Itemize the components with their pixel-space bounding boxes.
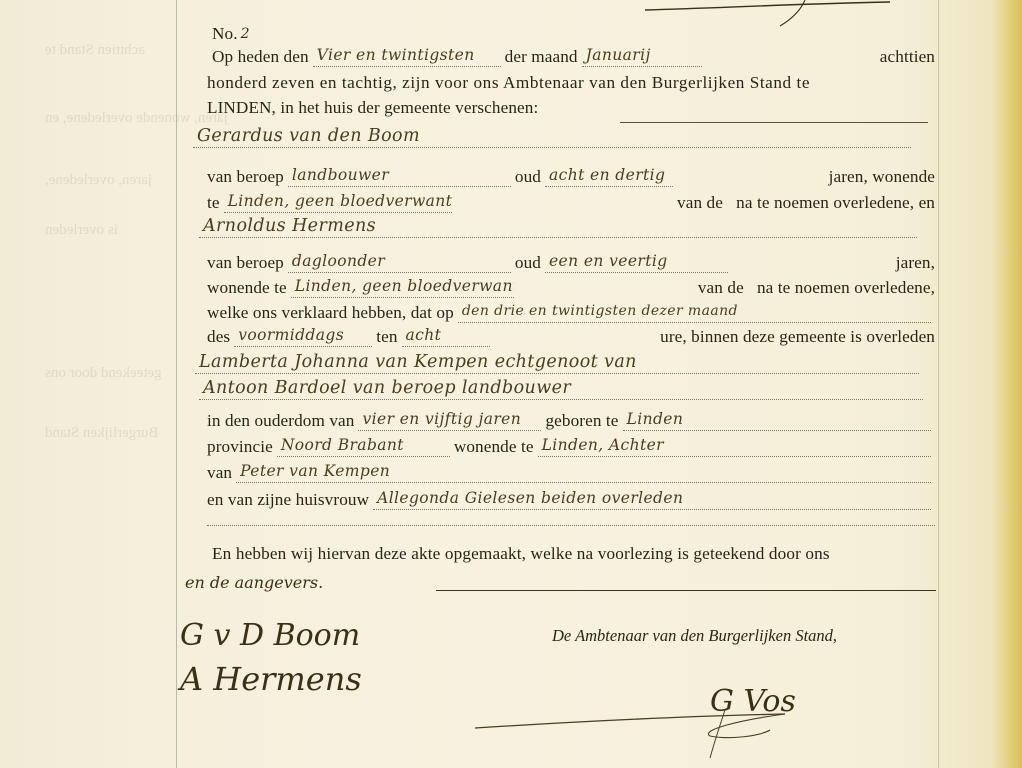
text-des: des — [207, 327, 230, 347]
line-year: honderd zeven en tachtig, zijn voor ons … — [207, 69, 935, 93]
certificate-number: No. 2 — [212, 20, 940, 44]
field-death-date: den drie en twintigsten dezer maand — [458, 302, 931, 323]
line-informant2-name: Arnoldus Hermens — [207, 214, 935, 238]
text-ten: ten — [376, 327, 397, 347]
field-birthplace: Linden — [623, 410, 931, 431]
line-death-time: des voormiddags ten acht ure, binnen dez… — [207, 323, 935, 347]
field-province: Noord Brabant — [277, 436, 450, 457]
death-certificate: No. 2 Op heden den Vier en twintigsten d… — [0, 0, 1022, 768]
line-province-residence: provincie Noord Brabant wonende te Linde… — [207, 433, 935, 457]
text-van-de-overledene: van de na te noemen overledene, — [698, 278, 935, 298]
line-mother: en van zijne huisvrouw Allegonda Gielese… — [207, 486, 935, 510]
rule — [620, 122, 928, 123]
line-deceased-spouse: Antoon Bardoel van beroep landbouwer — [207, 376, 935, 400]
text-der-maand: der maand — [505, 47, 578, 67]
blank-dotted-line — [207, 525, 935, 526]
text-huisvrouw: en van zijne huisvrouw — [207, 490, 369, 510]
field-deceased-age: vier en vijftig jaren — [358, 410, 541, 431]
text-ouderdom: in den ouderdom van — [207, 411, 354, 431]
text-van-beroep: van beroep — [207, 167, 284, 187]
line-informant2-details: van beroep dagloonder oud een en veertig… — [207, 249, 935, 273]
text-van-beroep: van beroep — [207, 253, 284, 273]
field-deceased-name: Lamberta Johanna van Kempen echtgenoot v… — [195, 353, 919, 374]
officer-signature-flourish — [470, 710, 800, 760]
signature-witness2: A Hermens — [180, 660, 362, 698]
text-jaren-wonende: jaren, wonende — [829, 167, 935, 187]
field-informant2-name: Arnoldus Hermens — [199, 217, 917, 238]
text-year-statement: honderd zeven en tachtig, zijn voor ons … — [207, 73, 810, 93]
field-informant1-residence: Linden, geen bloedverwant — [224, 192, 452, 213]
field-informant1-age: acht en dertig — [545, 166, 673, 187]
field-month: Januarij — [582, 46, 702, 67]
field-informant1-occupation: landbouwer — [288, 166, 511, 187]
line-informant1-details: van beroep landbouwer oud acht en dertig… — [207, 163, 935, 187]
text-oud: oud — [515, 167, 541, 187]
field-deceased-residence: Linden, Achter — [538, 436, 931, 457]
field-day: Vier en twintigsten — [313, 46, 501, 67]
field-informant2-age: een en veertig — [545, 252, 728, 273]
line-father: van Peter van Kempen — [207, 459, 935, 483]
line-closing: En hebben wij hiervan deze akte opgemaak… — [212, 540, 935, 564]
field-deceased-spouse: Antoon Bardoel van beroep landbouwer — [199, 379, 923, 400]
text-geboren-te: geboren te — [545, 411, 618, 431]
field-informant2-occupation: dagloonder — [288, 252, 511, 273]
field-time-of-day: voormiddags — [234, 326, 372, 347]
text-te: te — [207, 193, 220, 213]
field-informant1-name: Gerardus van den Boom — [193, 127, 911, 148]
line-informant2-residence: wonende te Linden, geen bloedverwant van… — [207, 274, 935, 298]
field-hour: acht — [402, 326, 490, 347]
text-van-de-overledene: van de na te noemen overledene, en — [677, 193, 935, 213]
text-achttien: achttien — [880, 47, 935, 67]
text-wonende-te: wonende te — [207, 278, 287, 298]
line-deceased-name: Lamberta Johanna van Kempen echtgenoot v… — [207, 350, 935, 374]
closing-rule — [436, 590, 936, 591]
text-wonende-te: wonende te — [454, 437, 534, 457]
field-closing-addition: en de aangevers. — [185, 573, 323, 593]
field-informant2-residence: Linden, geen bloedverwant — [291, 277, 514, 298]
signature-witness1: G v D Boom — [180, 618, 360, 653]
text-jaren: jaren, — [896, 253, 935, 273]
text-provincie: provincie — [207, 437, 273, 457]
line-informant1-name: Gerardus van den Boom — [207, 124, 935, 148]
line-informant1-residence: te Linden, geen bloedverwant van de na t… — [207, 189, 935, 213]
field-mother-name: Allegonda Gielesen beiden overleden — [373, 489, 931, 510]
number-label: No. — [212, 24, 238, 44]
text-verklaard: welke ons verklaard hebben, dat op — [207, 303, 454, 323]
text-municipality: LINDEN, in het huis der gemeente versche… — [207, 98, 538, 118]
text-ure-overleden: ure, binnen deze gemeente is overleden — [660, 327, 935, 347]
text-van: van — [207, 463, 232, 483]
line-age-birthplace: in den ouderdom van vier en vijftig jare… — [207, 407, 935, 431]
field-father-name: Peter van Kempen — [236, 462, 931, 483]
line-declaration: welke ons verklaard hebben, dat op den d… — [207, 299, 935, 323]
number-value: 2 — [241, 24, 250, 44]
text-closing-statement: En hebben wij hiervan deze akte opgemaak… — [212, 544, 830, 564]
officer-caption: De Ambtenaar van den Burgerlijken Stand, — [552, 626, 837, 646]
line-municipality: LINDEN, in het huis der gemeente versche… — [207, 94, 935, 118]
text-oud: oud — [515, 253, 541, 273]
line-date: Op heden den Vier en twintigsten der maa… — [212, 43, 935, 67]
text-op-heden-den: Op heden den — [212, 47, 309, 67]
